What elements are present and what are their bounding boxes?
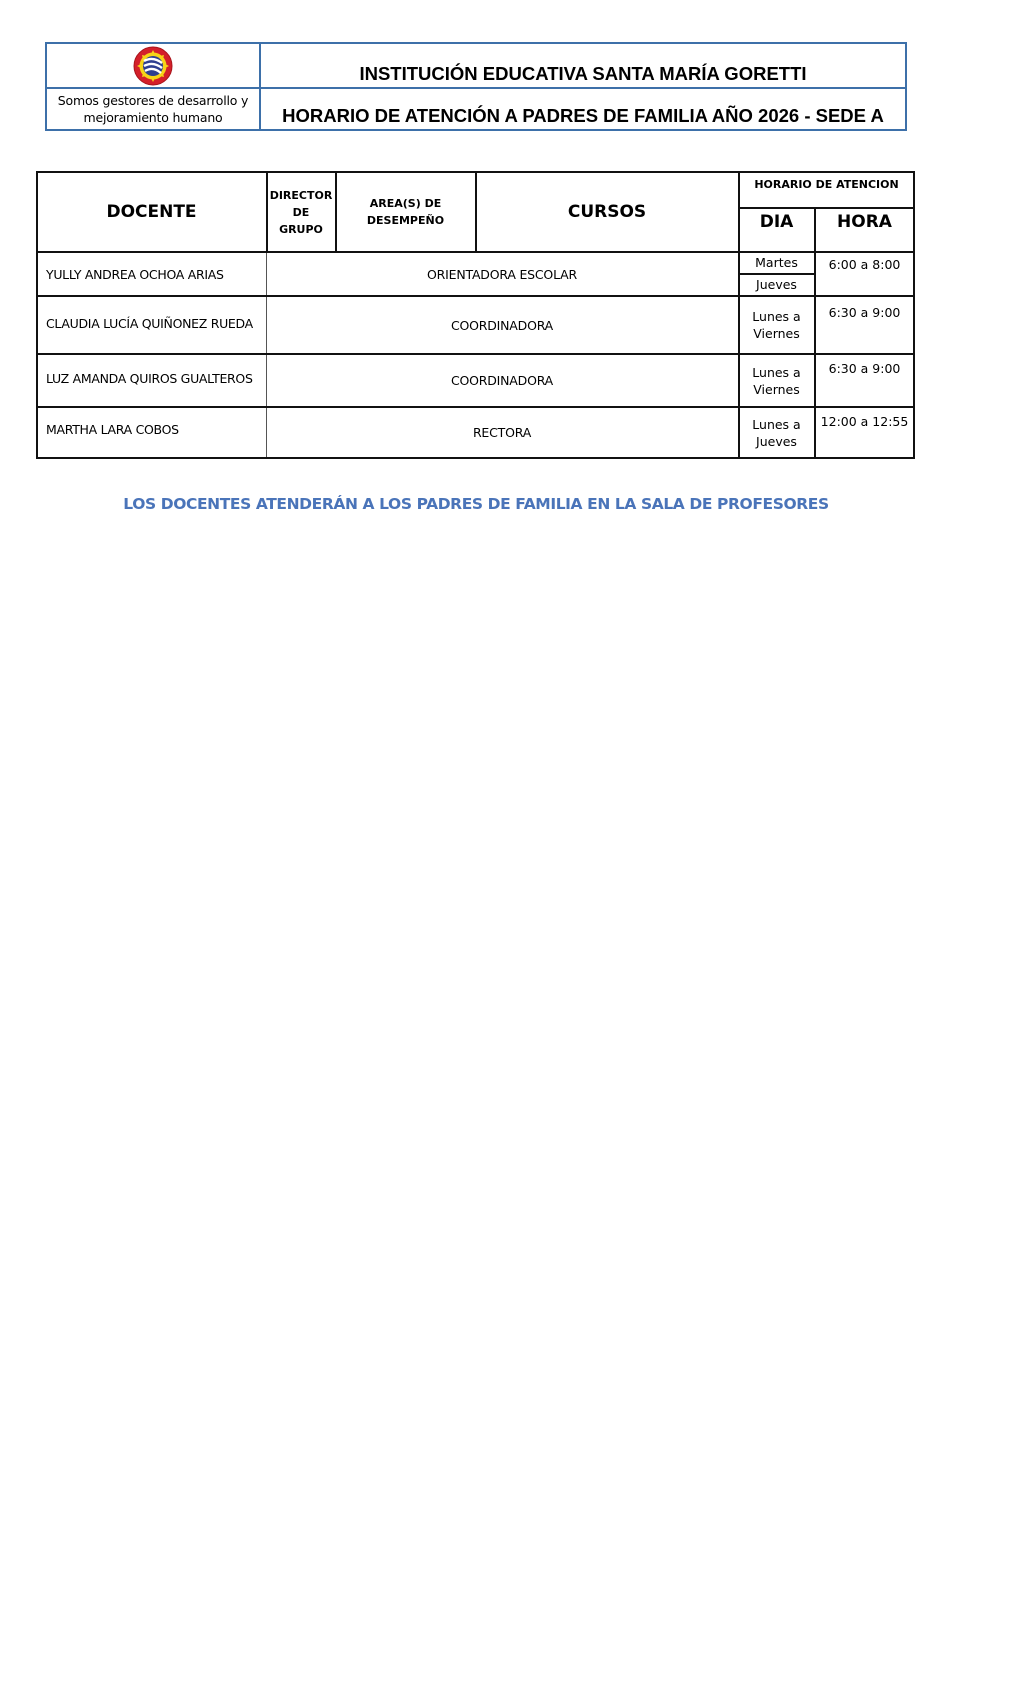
table-row-dia-1: Martes (740, 252, 813, 272)
school-crest-icon (133, 46, 173, 86)
column-header-cursos: CURSOS (477, 173, 737, 251)
table-row-dia: Lunes a Viernes (740, 297, 813, 353)
institution-header: Somos gestores de desarrollo y mejoramie… (45, 42, 907, 131)
document-title: HORARIO DE ATENCIÓN A PADRES DE FAMILIA … (261, 89, 905, 129)
table-row-cargo: COORDINADORA (267, 297, 737, 353)
dia-line2: Viernes (753, 381, 799, 398)
column-header-horario: HORARIO DE ATENCION (740, 173, 913, 195)
dia-line1: Lunes a (752, 364, 800, 381)
areas-line2: DESEMPEÑO (367, 212, 444, 229)
table-row-dia-2: Jueves (740, 275, 813, 294)
director-line1: DIRECTOR (270, 187, 333, 204)
table-row-hora: 6:00 a 8:00 (816, 253, 913, 295)
director-line2: DE (293, 204, 310, 221)
table-row-docente: CLAUDIA LUCÍA QUIÑONEZ RUEDA (38, 297, 266, 353)
institution-motto: Somos gestores de desarrollo y mejoramie… (47, 89, 259, 129)
institution-name: INSTITUCIÓN EDUCATIVA SANTA MARÍA GORETT… (261, 44, 905, 87)
dia-line2: Jueves (756, 433, 797, 450)
logo-cell (47, 44, 259, 87)
table-row-cargo: RECTORA (267, 408, 737, 457)
dia-line2: Viernes (753, 325, 799, 342)
column-header-docente: DOCENTE (38, 173, 265, 251)
table-row-docente: YULLY ANDREA OCHOA ARIAS (38, 253, 266, 295)
table-row-dia: Lunes a Viernes (740, 355, 813, 406)
director-line3: GRUPO (279, 221, 323, 238)
column-header-dia: DIA (740, 209, 813, 251)
dia-line1: Lunes a (752, 416, 800, 433)
column-header-hora: HORA (816, 209, 913, 251)
dia-line1: Lunes a (752, 308, 800, 325)
table-row-cargo: ORIENTADORA ESCOLAR (267, 253, 737, 295)
areas-line1: AREA(S) DE (370, 195, 441, 212)
table-row-hora: 12:00 a 12:55 (816, 408, 913, 457)
table-row-cargo: COORDINADORA (267, 355, 737, 406)
column-header-director: DIRECTOR DE GRUPO (268, 173, 334, 251)
table-row-hora: 6:30 a 9:00 (816, 297, 913, 353)
location-note: LOS DOCENTES ATENDERÁN A LOS PADRES DE F… (0, 495, 952, 513)
table-row-hora: 6:30 a 9:00 (816, 355, 913, 406)
table-row-dia: Lunes a Jueves (740, 408, 813, 457)
table-row-docente: LUZ AMANDA QUIROS GUALTEROS (38, 355, 266, 406)
attention-schedule-table: DOCENTE DIRECTOR DE GRUPO AREA(S) DE DES… (36, 171, 915, 459)
table-row-docente: MARTHA LARA COBOS (38, 408, 266, 457)
column-header-areas: AREA(S) DE DESEMPEÑO (337, 173, 474, 251)
